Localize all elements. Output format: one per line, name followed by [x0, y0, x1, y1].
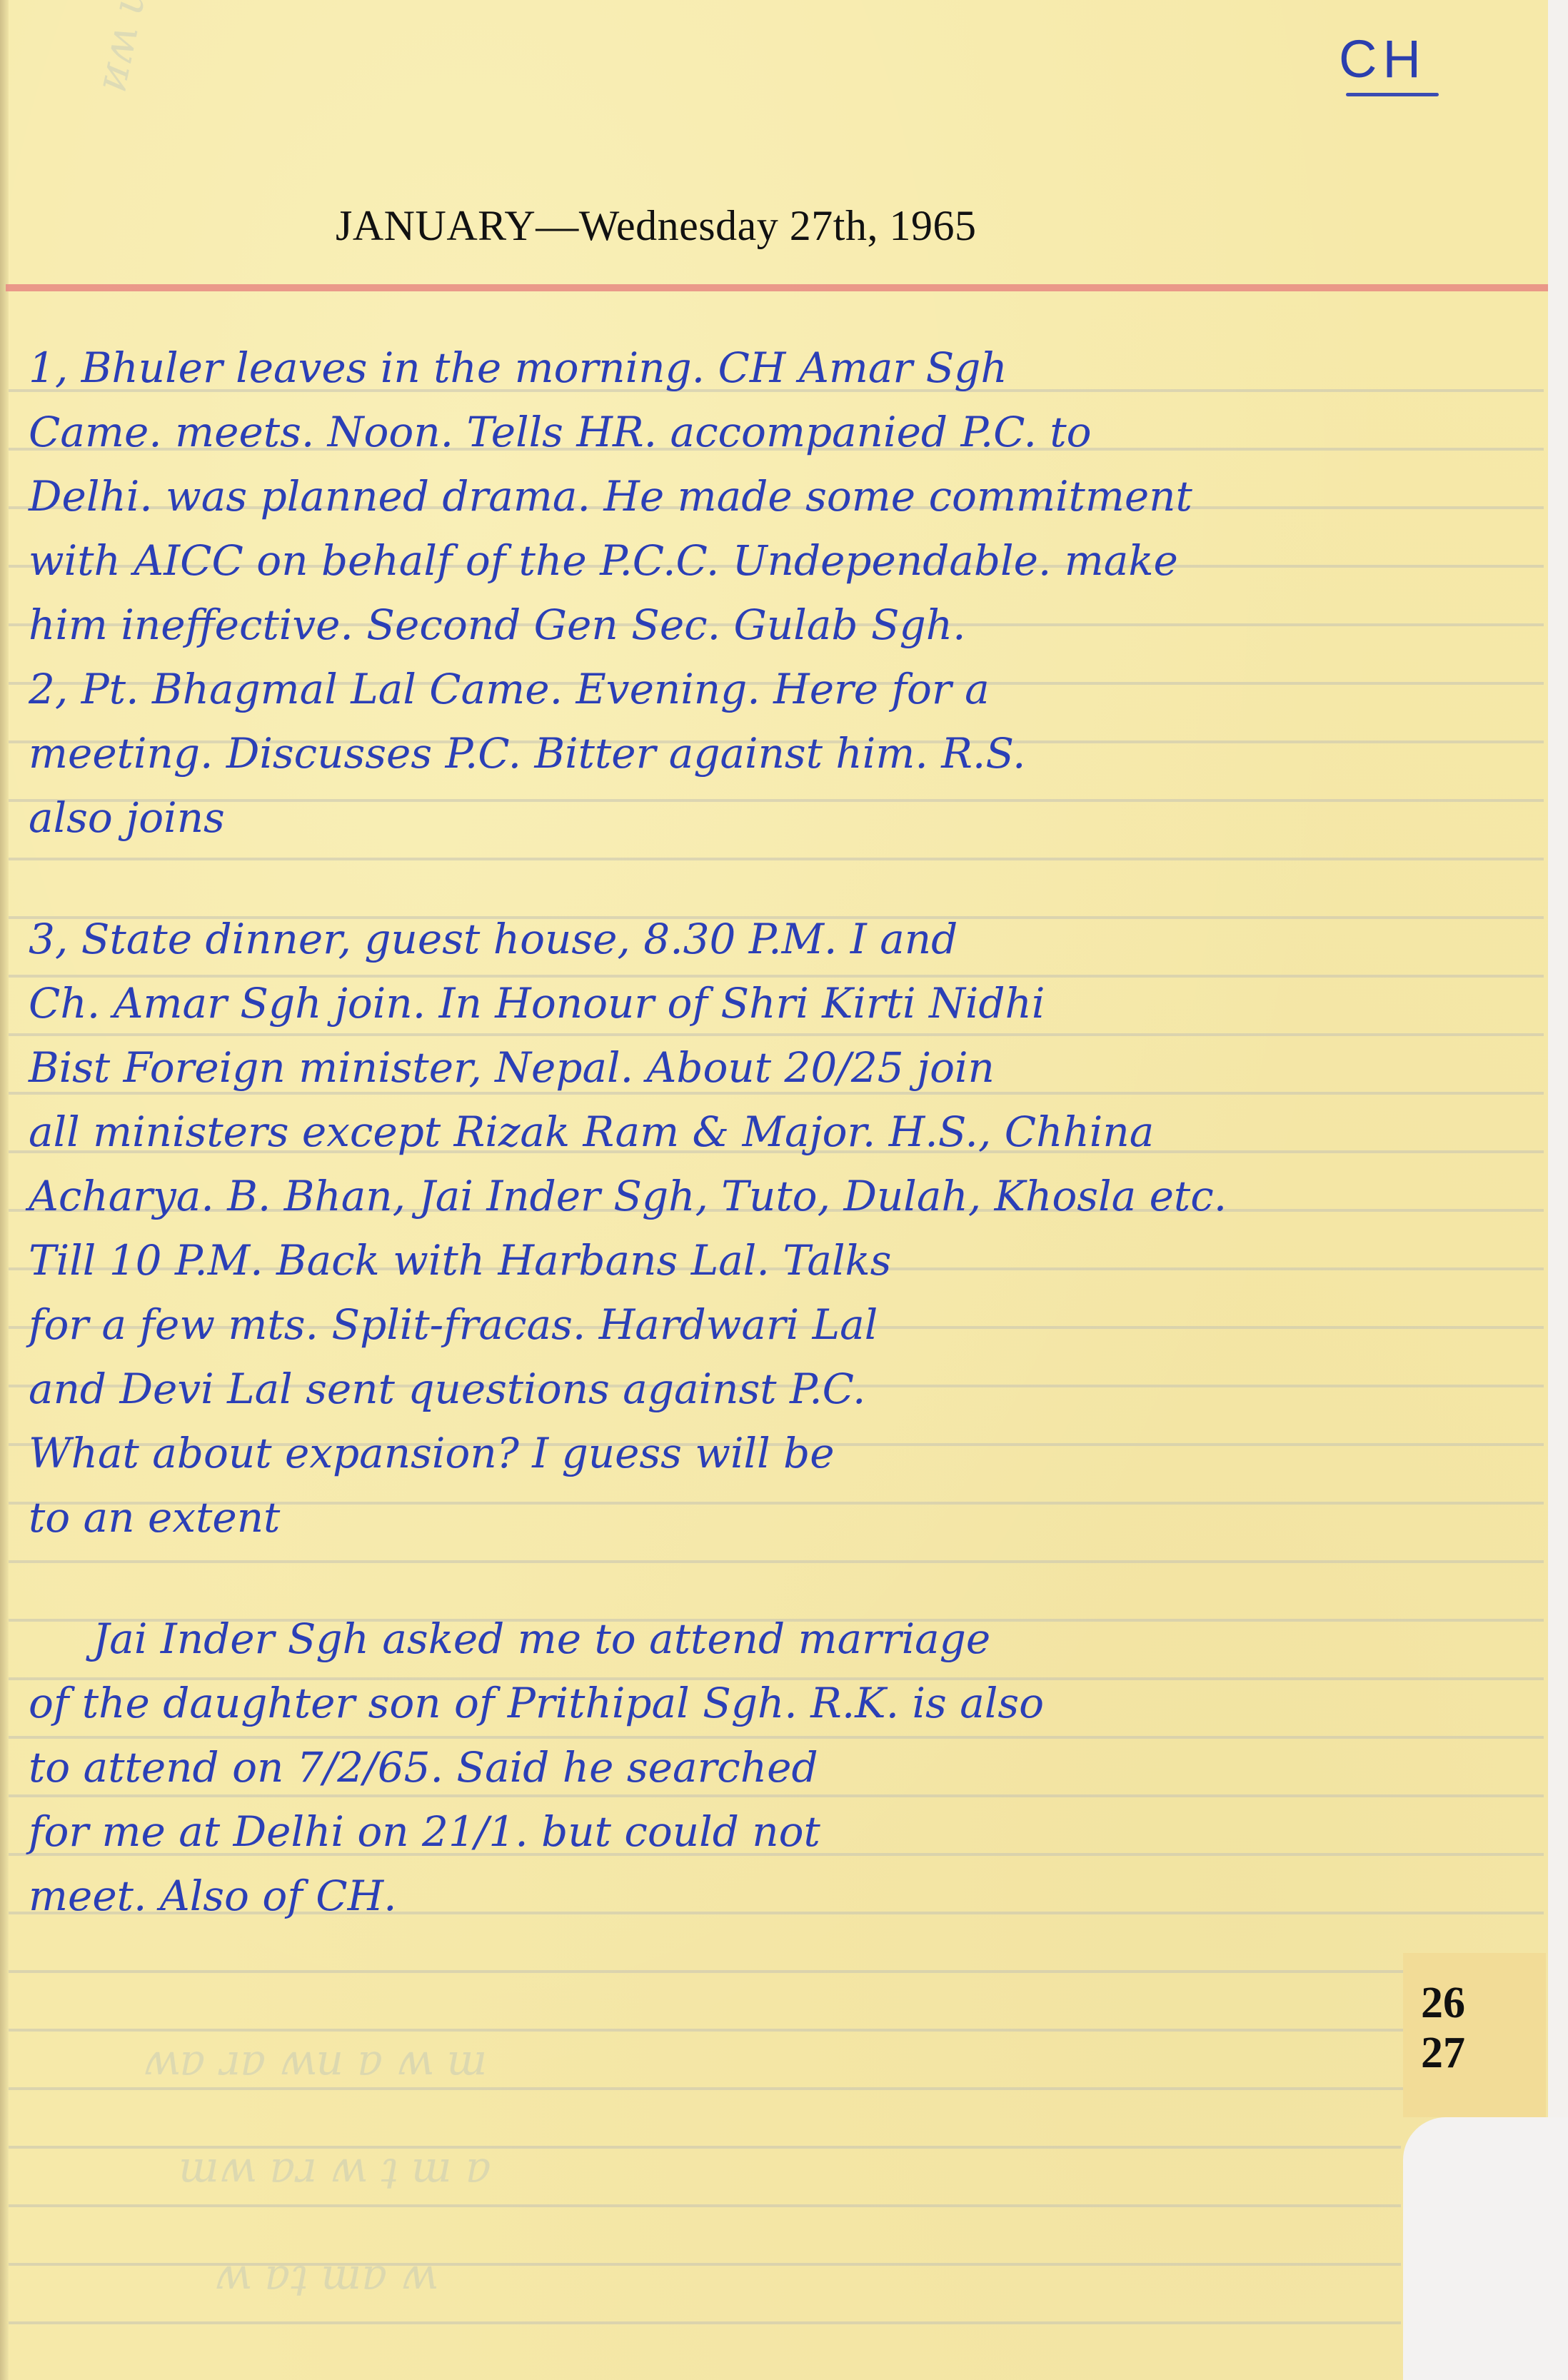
ruled-line [9, 2029, 1544, 2032]
entry-2-line-1: 2, Pt. Bhagmal Lal Came. Evening. Here f… [29, 657, 990, 721]
page-spine-shadow [0, 0, 9, 2380]
date-header: JANUARY—Wednesday 27th, 1965 [336, 201, 976, 251]
entry-3-line-4: all ministers except Rizak Ram & Major. … [29, 1100, 1154, 1164]
entry-3-line-9: What about expansion? I guess will be [29, 1421, 835, 1485]
ruled-line [9, 1970, 1544, 1973]
entry-3-line-1: 3, State dinner, guest house, 8.30 P.M. … [29, 907, 958, 971]
entry-4-line-1: Jai Inder Sgh asked me to attend marriag… [93, 1607, 990, 1671]
corner-note-underline [1346, 93, 1439, 96]
ruled-line [9, 2146, 1401, 2149]
entry-4-line-2: of the daughter son of Prithipal Sgh. R.… [29, 1671, 1044, 1735]
entry-2-line-3: also joins [29, 785, 225, 850]
entry-3-line-3: Bist Foreign minister, Nepal. About 20/2… [29, 1035, 995, 1100]
entry-4-line-5: meet. Also of CH. [29, 1864, 397, 1928]
entry-2-line-2: meeting. Discusses P.C. Bitter against h… [29, 721, 1025, 785]
entry-3-line-5: Acharya. B. Bhan, Jai Inder Sgh, Tuto, D… [29, 1164, 1227, 1228]
corner-note: CH [1339, 29, 1427, 89]
show-through-text: ɯʍ ɐɹ ʍ ʇ ɯ ɐ [179, 2142, 491, 2192]
ruled-line [9, 2263, 1401, 2266]
ruled-line [9, 2087, 1544, 2090]
show-through-text: ʍ ɐʇ ɯɐ ʍ [214, 2249, 437, 2299]
entry-4-line-4: for me at Delhi on 21/1. but could not [29, 1799, 820, 1864]
entry-1-line-2: Came. meets. Noon. Tells HR. accompanied… [29, 400, 1092, 464]
diary-page: ᴎʍ ɯ ʍ ʍ ɯ ᴎ ɯ ʍ ʍɐ ɹɐ ʍu ɐ ʍ ɯ ɯʍ ɐɹ ʍ … [0, 0, 1548, 2380]
entry-3-line-7: for a few mts. Split-fracas. Hardwari La… [29, 1292, 878, 1357]
ruled-line [9, 2204, 1401, 2207]
entry-3-line-8: and Devi Lal sent questions against P.C. [29, 1357, 865, 1421]
tab-cutout-background [1403, 2117, 1568, 2380]
entry-1-line-1: 1, Bhuler leaves in the morning. CH Amar… [29, 336, 1007, 400]
ruled-line [9, 1560, 1544, 1563]
red-margin-rule [6, 284, 1548, 291]
show-through-text: ᴎʍ ɯ ʍ ʍ ɯ ᴎ ɯ ʍ [86, 0, 222, 96]
ruled-line [9, 799, 1544, 802]
entry-1-line-5: him ineffective. Second Gen Sec. Gulab S… [29, 593, 966, 657]
entry-1-line-3: Delhi. was planned drama. He made some c… [29, 464, 1192, 528]
ruled-line [9, 2321, 1401, 2324]
entry-4-line-3: to attend on 7/2/65. Said he searched [29, 1735, 818, 1799]
entry-3-line-6: Till 10 P.M. Back with Harbans Lal. Talk… [29, 1228, 891, 1292]
page-number-26: 26 [1421, 1978, 1465, 2029]
entry-1-line-4: with AICC on behalf of the P.C.C. Undepe… [29, 528, 1178, 593]
page-number-27: 27 [1421, 2028, 1465, 2079]
entry-3-line-2: Ch. Amar Sgh join. In Honour of Shri Kir… [29, 971, 1045, 1035]
entry-3-line-10: to an extent [29, 1485, 280, 1550]
ruled-line [9, 858, 1544, 860]
show-through-text: ʍɐ ɹɐ ʍu ɐ ʍ ɯ [143, 2035, 487, 2085]
